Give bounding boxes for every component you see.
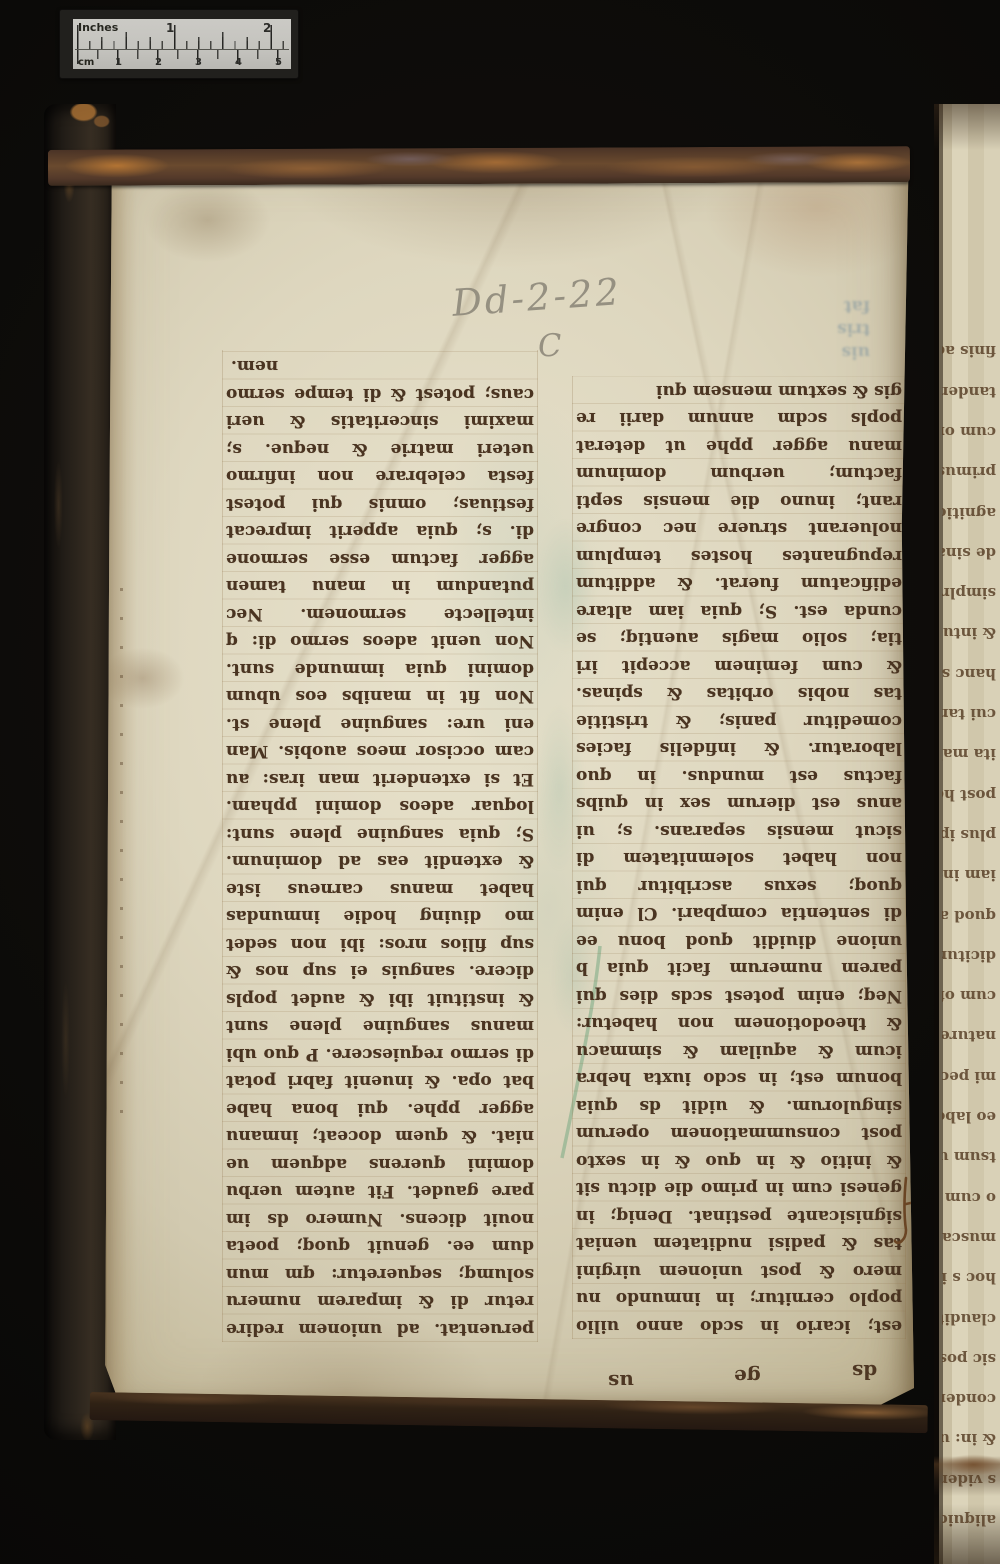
text-column-left: peruentat. ad unionem redireretur di & i… [222,350,538,1342]
manuscript-text-line: laboratur. & infidelis facies [573,734,905,762]
book-binding-edge [44,104,116,1440]
manuscript-text-line: icum & aquilam & simmacu [573,1037,905,1065]
pencil-shelfmark: Dd-2-22 [451,270,624,325]
text-fragment: cui tamen [942,694,996,734]
inch-number: 2 [263,21,271,35]
manuscript-text-line: genesi cum in primo die dictu sit [573,1174,905,1202]
manuscript-text-line: solumq; sequeretur: qm mun [223,1260,537,1288]
facing-page-edge: aliquid exs vident& in: uecondempsic pos… [934,104,1000,1564]
manuscript-text-line: tas & padisi nuditatem ueniat [573,1229,905,1257]
inch-number: 1 [166,21,174,35]
manuscript-text-line: bonum est; in scdo iuxta hebra [573,1064,905,1092]
manuscript-text-line: peruentat. ad unionem redire [223,1315,537,1343]
text-fragment: ita malu [942,734,996,774]
manuscript-text-line: dicere. sanguis ei sup nos & [223,957,537,985]
manuscript-text-line: intellecte sermonem. Nec [223,600,537,628]
text-fragment: eo labori [942,1097,996,1137]
text-fragment: hanc sibi [942,653,996,693]
manuscript-text-line: rant; inuno die mensis septi [573,487,905,515]
manuscript-text-line: bat opa. & inuenit fabri potat [223,1067,537,1095]
manuscript-text-line: mo diuing hodie inmundas [223,902,537,930]
manuscript-text-line: factus est mundus. in quo [573,762,905,790]
ink-ghost-offset: uistrisfat [818,294,870,363]
manuscript-text-line: & theodotionem non habetur: [573,1009,905,1037]
manuscript-text-line: edificatum fuerat. & additum [573,569,905,597]
text-fragment: primus [942,452,996,492]
manuscript-photograph: Inches cm 12 12345 uistrisfat Dd-2- [0,0,1000,1564]
manuscript-text-line: putandum in manu tamen [223,572,537,600]
manuscript-text-line: festa celebrare non infirmo [223,462,537,490]
text-fragment: sic post q [942,1339,996,1379]
manuscript-text-line: eni ure: sanguine plene st. [223,710,537,738]
manuscript-text-line: habet manus carneus iste [223,875,537,903]
binding-top-edge [48,146,910,186]
manuscript-text-line: domini quia immunde sunt. [223,655,537,683]
text-fragment: muscam [942,1218,996,1258]
quire-mark: us [608,1370,634,1394]
ruler-scale-card: Inches cm 12 12345 [60,10,298,78]
manuscript-text-line: & instituit ibi & audet popls [223,985,537,1013]
manuscript-text-line: ueteri matrie & neque. s; [223,435,537,463]
manuscript-text-line: maximi sinceritatis & ueri [223,407,537,435]
text-fragment: simplr [942,573,996,613]
manuscript-text-line: & cum feminem accepit iri [573,652,905,680]
manuscript-text-line: sup filios nros: ibi non sedet [223,930,537,958]
manuscript-text-line: mero & post unionem uirgini [573,1257,905,1285]
manuscript-text-line: comeditur panis; & tristitie [573,707,905,735]
manuscript-text-line: gis & sextum mensem qui [573,377,905,405]
manuscript-text-line: manus sanguine plene sunt [223,1012,537,1040]
manuscript-text-line: caus; potest & di tempe sermo [223,380,537,408]
text-fragment: agnitio [942,492,996,532]
text-fragment: & in: ue [942,1419,996,1459]
pencil-letter: C [537,327,563,364]
text-fragment: tsum unq [942,1137,996,1177]
manuscript-page: uistrisfat Dd-2-22 C peruentat. ad union… [102,144,914,1416]
manuscript-text-line: noluerant struere nec congre [573,514,905,542]
text-fragment: s vident [942,1459,996,1499]
text-fragment: aliquid ex [942,1500,996,1540]
manuscript-text-line: di sermo requiescere. P quo ubi [223,1040,537,1068]
manuscript-text-line: & extendit eas ad dominum. [223,847,537,875]
ruler: Inches cm 12 12345 [73,19,291,69]
text-fragment: quod am [942,895,996,935]
cm-ticks [77,50,289,65]
cm-number: 2 [155,57,162,68]
cm-number: 5 [275,57,282,68]
manuscript-text-line: sicut mensis separans. s; ui [573,817,905,845]
manuscript-text-line: agger factum esse sermone [223,545,537,573]
manuscript-text-line: festiuas; omnis qui potest [223,490,537,518]
manuscript-text-line: nem. [223,352,537,380]
manuscript-text-line: popls scdm annum darii re [573,404,905,432]
text-fragment: tandem [942,371,996,411]
text-fragment: cum offi [942,976,996,1016]
text-fragment: condemp [942,1379,996,1419]
text-fragment: finis ad [942,331,996,371]
manuscript-text-line: factum; uerbum dominum [573,459,905,487]
manuscript-text-line: anus est dierum sex in quibs [573,789,905,817]
manuscript-text-line: nouit dicens. Numero ds im [223,1205,537,1233]
manuscript-text-line: di. s; quia apperit imprecat [223,517,537,545]
cm-number: 4 [235,57,242,68]
manuscript-text-line: unione diuidit quod bonu ee [573,927,905,955]
text-fragment: iam inst [942,855,996,895]
manuscript-text-line: post consummationem operum [573,1119,905,1147]
text-fragment: cum orig [942,412,996,452]
manuscript-text-line: est; icario in scdo anno uilio [573,1312,905,1340]
manuscript-text-line: S; quia sanguine plene sunt: [223,820,537,848]
quire-mark: ge [734,1365,761,1389]
text-fragment: mi pecub [942,1056,996,1096]
manuscript-text-line: Non uenit adeos sermo di: q [223,627,537,655]
manuscript-text-line: loquar adeos domini ppham. [223,792,537,820]
manuscript-text-line: tia; solio magis auentiq; se [573,624,905,652]
quire-mark: ds [852,1360,877,1384]
manuscript-text-line: retur di & imparem numeru [223,1287,537,1315]
manuscript-text-line: dum ee. genuit quoq; poeta [223,1232,537,1260]
manuscript-text-line: Non fit in manibs eos ubum [223,682,537,710]
text-fragment: o cum ea [942,1177,996,1217]
manuscript-text-line: domini querens adquem ue [223,1150,537,1178]
manuscript-text-line: Neq; enim potest scds dies qui [573,982,905,1010]
manuscript-text-line: di sententia compbari. Cl enim [573,899,905,927]
manuscript-text-line: repugnantes hostes templum [573,542,905,570]
cm-number: 3 [195,57,202,68]
text-column-right: est; icario in scdo anno uiliopoplo cern… [572,376,906,1339]
inch-ticks [77,25,289,49]
manuscript-text-line: niat. & quem doceat; inmanu [223,1122,537,1150]
manuscript-text-line: agger pphe. qui bona habe [223,1095,537,1123]
manuscript-text-line: cam occisor meos auobis. Man [223,737,537,765]
manuscript-text-line: signisicante pestinat. Deniq; in [573,1202,905,1230]
text-fragment: clauditr [942,1298,996,1338]
manuscript-text-line: non habet solemnitatem di [573,844,905,872]
manuscript-text-line: singulorum. & uidit ds quia [573,1092,905,1120]
cm-number: 1 [115,57,122,68]
text-fragment: plus ip [942,815,996,855]
manuscript-text-line: & initio & in quo & in sexto [573,1147,905,1175]
manuscript-text-line: cunda est. S; quia iam altare [573,597,905,625]
text-fragment: de sinay [942,533,996,573]
text-fragment: post hec [942,774,996,814]
manuscript-text-line: tas nobis orbitas & spinas. [573,679,905,707]
manuscript-text-line: pare gaudet. Fit autem uerbu [223,1177,537,1205]
manuscript-text-line: manu agger pphe ut deterat [573,432,905,460]
manuscript-text-line: quoq; sexus ascribitur qui [573,872,905,900]
manuscript-text-line: poplo cernitur; in inmundo nu [573,1284,905,1312]
manuscript-text-line: Et si extenderit man iras: au [223,765,537,793]
text-fragment: dicitur s [942,936,996,976]
pricking-marks [120,588,123,1128]
manuscript-text-line: parem numerum facit quia b [573,954,905,982]
text-fragment: nature co [942,1016,996,1056]
facing-page-text-fragments: aliquid exs vident& in: uecondempsic pos… [942,330,996,1540]
text-fragment: hoc s ibi [942,1258,996,1298]
text-fragment: & intuend [942,613,996,653]
